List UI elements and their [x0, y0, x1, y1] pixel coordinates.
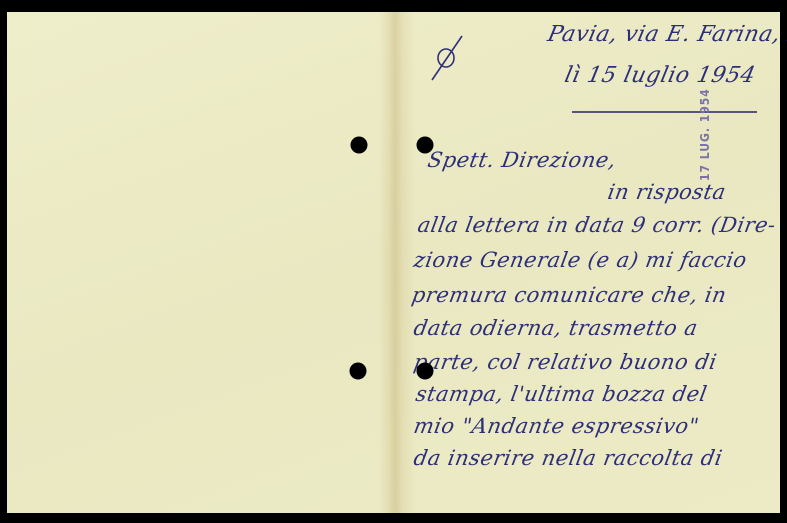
- header-underline: [572, 111, 757, 113]
- punch-hole: [417, 363, 434, 380]
- body-line: data odierna, trasmetto a: [412, 316, 700, 340]
- body-line: mio "Andante espressivo": [412, 414, 701, 438]
- letter-date: lì 15 luglio 1954: [562, 63, 757, 88]
- left-page-blank: [7, 12, 392, 513]
- body-line: in risposta: [606, 180, 728, 204]
- salutation: Spett. Direzione,: [426, 148, 618, 172]
- body-line: premura comunicare che, in: [410, 283, 729, 307]
- body-line: zione Generale (e a) mi faccio: [412, 248, 749, 272]
- slashed-circle-mark-icon: [428, 32, 468, 84]
- punch-hole: [350, 363, 367, 380]
- punch-hole: [351, 137, 368, 154]
- received-date-stamp: 17 LUG. 1954: [698, 88, 712, 181]
- punch-hole: [417, 137, 434, 154]
- body-line: da inserire nella raccolta di: [412, 446, 725, 470]
- body-line: parte, col relativo buono di: [412, 350, 719, 374]
- body-line: alla lettera in data 9 corr. (Dire-: [416, 213, 778, 237]
- body-line: stampa, l'ultima bozza del: [414, 382, 709, 406]
- letter-address: Pavia, via E. Farina, 2: [545, 22, 787, 47]
